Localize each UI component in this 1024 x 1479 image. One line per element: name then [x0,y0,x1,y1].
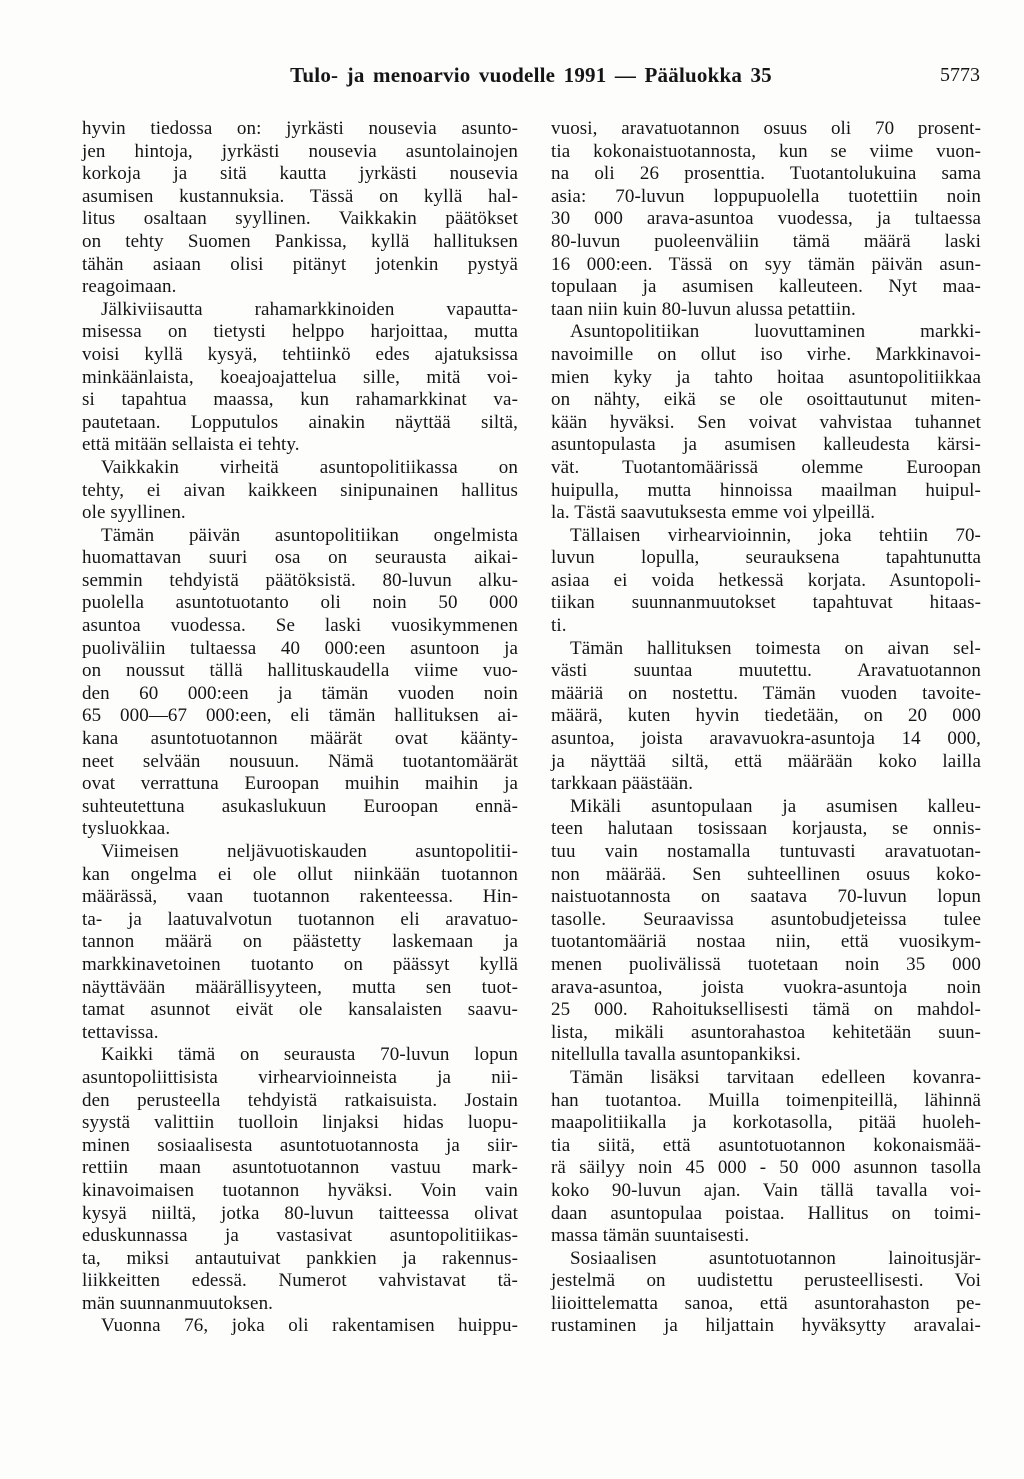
text-line: asuntoa, joista aravavuokra-asuntoja 14 … [551,728,981,751]
text-line: na oli 26 prosenttia. Tuotantolukuina sa… [551,163,981,186]
text-line: 16 000:een. Tässä on syy tämän päivän as… [551,254,981,277]
text-line: kysyä niiltä, jotka 80-luvun taitteessa … [82,1203,518,1226]
text-line: Asuntopolitiikan luovuttaminen markki- [551,321,981,344]
paragraph: Tämän lisäksi tarvitaan edelleen kovanra… [551,1067,981,1248]
text-line: määriä on nostettu. Tämän vuoden tavoite… [551,683,981,706]
text-line: asumisen kustannuksia. Tässä on kyllä ha… [82,186,518,209]
text-line: menen puolivälissä tuotetaan noin 35 000 [551,954,981,977]
text-line: semmin tehdyistä päätöksistä. 80-luvun a… [82,570,518,593]
text-line: kan ongelma ei ole ollut niinkään tuotan… [82,864,518,887]
text-line: den 60 000:een ja tämän vuoden noin [82,683,518,706]
text-line: liioittelematta sanoa, että asuntorahast… [551,1293,981,1316]
text-line: on noussut tällä hallituskaudella viime … [82,660,518,683]
text-line: on tehty Suomen Pankissa, kyllä hallituk… [82,231,518,254]
text-line: ti. [551,615,981,638]
text-line: Sosiaalisen asuntotuotannon lainoitusjär… [551,1248,981,1271]
text-line: luvun lopulla, seurauksena tapahtunutta [551,547,981,570]
text-line: Tämän päivän asuntopolitiikan ongelmista [82,525,518,548]
text-line: tähän asiaan olisi pitänyt jotenkin pyst… [82,254,518,277]
text-line: asia: 70-luvun loppupuolella tuotettiin … [551,186,981,209]
text-line: ta- ja laatuvalvotun tuotannon eli arava… [82,909,518,932]
paragraph: Jälkiviisautta rahamarkkinoiden vapautta… [82,299,518,457]
text-line: minen sosiaalisesta asuntotuotannosta ja… [82,1135,518,1158]
text-line: navoimille on ollut iso virhe. Markkinav… [551,344,981,367]
text-line: ta, miksi antautuivat pankkien ja rakenn… [82,1248,518,1271]
text-line: tia siitä, että asuntotuotannon kokonais… [551,1135,981,1158]
text-line: lista, mikäli asuntorahastoa kehitetään … [551,1022,981,1045]
paragraph: vuosi, aravatuotannon osuus oli 70 prose… [551,118,981,321]
running-header: Tulo- ja menoarvio vuodelle 1991 — Päälu… [82,63,980,93]
text-line: tasolle. Seuraavissa asuntobudjeteissa t… [551,909,981,932]
text-line: si tapahtua maassa, kun rahamarkkinat va… [82,389,518,412]
text-line: tuu vain nostamalla tuntuvasti aravatuot… [551,841,981,864]
text-line: tamat asunnot eivät ole kansalaisten saa… [82,999,518,1022]
text-line: maapolitiikalla ja korkotasolla, pitää h… [551,1112,981,1135]
text-line: jestelmä on uudistettu perusteellisesti.… [551,1270,981,1293]
text-line: massa tämän suuntaisesti. [551,1225,981,1248]
text-line: vuosi, aravatuotannon osuus oli 70 prose… [551,118,981,141]
text-line: 80-luvun puoleenväliin tämä määrä laski [551,231,981,254]
column-left: hyvin tiedossa on: jyrkästi nousevia asu… [82,118,518,1338]
text-line: korkoja ja sitä kautta jyrkästi nousevia [82,163,518,186]
text-line: hyvin tiedossa on: jyrkästi nousevia asu… [82,118,518,141]
text-line: den perusteella tehdyistä ratkaisuista. … [82,1090,518,1113]
text-line: litus osaltaan syyllinen. Vaikkakin päät… [82,208,518,231]
text-line: kana asuntotuotannon määrät ovat käänty- [82,728,518,751]
text-line: rettiin maan asuntotuotannon vastuu mark… [82,1157,518,1180]
text-line: tehty, ei aivan kaikkeen sinipunainen ha… [82,480,518,503]
text-line: määrässä, vaan tuotannon rakenteessa. Hi… [82,886,518,909]
text-line: vät. Tuotantomäärissä olemme Euroopan [551,457,981,480]
paragraph: Tällaisen virhearvioinnin, joka tehtiin … [551,525,981,638]
column-right: vuosi, aravatuotannon osuus oli 70 prose… [551,118,981,1338]
text-line: non määrää. Sen suhteellinen osuus koko- [551,864,981,887]
paragraph: Tämän päivän asuntopolitiikan ongelmista… [82,525,518,841]
text-line: ovat verrattuna Euroopan muihin maihin j… [82,773,518,796]
text-line: liikkeitten edessä. Numerot vahvistavat … [82,1270,518,1293]
text-line: Vaikkakin virheitä asuntopolitiikassa on [82,457,518,480]
text-line: Tämän lisäksi tarvitaan edelleen kovanra… [551,1067,981,1090]
text-line: pautetaan. Lopputulos ainakin näyttää si… [82,412,518,435]
text-line: tia kokonaistuotannosta, kun se viime vu… [551,141,981,164]
text-line: Vuonna 76, joka oli rakentamisen huippu- [82,1315,518,1338]
text-line: Mikäli asuntopulaan ja asumisen kalleu- [551,796,981,819]
text-columns: hyvin tiedossa on: jyrkästi nousevia asu… [82,118,981,1338]
text-line: västi suuntaa muutettu. Aravatuotannon [551,660,981,683]
text-line: taan niin kuin 80-luvun alussa petattiin… [551,299,981,322]
paragraph: Mikäli asuntopulaan ja asumisen kalleu-t… [551,796,981,1067]
text-line: asiaa ei voida hetkessä korjata. Asuntop… [551,570,981,593]
text-line: naistuotannosta on saatava 70-luvun lopu… [551,886,981,909]
text-line: Tällaisen virhearvioinnin, joka tehtiin … [551,525,981,548]
text-line: tysluokkaa. [82,818,518,841]
page-number: 5773 [940,64,980,87]
text-line: Tämän hallituksen toimesta on aivan sel- [551,638,981,661]
text-line: markkinavetoinen tuotanto on päässyt kyl… [82,954,518,977]
text-line: ole syyllinen. [82,502,518,525]
paragraph: Tämän hallituksen toimesta on aivan sel-… [551,638,981,796]
text-line: 25 000. Rahoituksellisesti tämä on mahdo… [551,999,981,1022]
text-line: tarkkaan päästään. [551,773,981,796]
text-line: tuotantomääriä nostaa niin, että vuosiky… [551,931,981,954]
text-line: män suunnanmuutoksen. [82,1293,518,1316]
text-line: asuntopoliittisista virhearvioinneista j… [82,1067,518,1090]
text-line: koko 90-luvun ajan. Vain tällä tavalla v… [551,1180,981,1203]
text-line: mien kyky ja tahto hoitaa asuntopolitiik… [551,367,981,390]
text-line: rä säilyy noin 45 000 - 50 000 asunnon t… [551,1157,981,1180]
running-header-title: Tulo- ja menoarvio vuodelle 1991 — Päälu… [82,63,980,88]
text-line: la. Tästä saavutuksesta emme voi ylpeill… [551,502,981,525]
text-line: suhteutettuna asukaslukuun Euroopan ennä… [82,796,518,819]
text-line: ja näyttää siltä, että määrään koko lail… [551,751,981,774]
text-line: nitellulla tavalla asuntopankiksi. [551,1044,981,1067]
text-line: Kaikki tämä on seurausta 70-luvun lopun [82,1044,518,1067]
text-line: kään hyväksi. Sen voivat vahvistaa tuhan… [551,412,981,435]
text-line: asuntopulasta ja asumisen kalleudesta kä… [551,434,981,457]
paragraph: Kaikki tämä on seurausta 70-luvun lopuna… [82,1044,518,1315]
text-line: reagoimaan. [82,276,518,299]
paragraph: Vuonna 76, joka oli rakentamisen huippu- [82,1315,518,1338]
paragraph: hyvin tiedossa on: jyrkästi nousevia asu… [82,118,518,299]
text-line: asuntoa vuodessa. Se laski vuosikymmenen [82,615,518,638]
text-line: Viimeisen neljävuotiskauden asuntopoliti… [82,841,518,864]
text-line: tiikan suunnanmuutokset tapahtuvat hitaa… [551,592,981,615]
text-line: minkäänlaista, koeajoajattelua sille, mi… [82,367,518,390]
text-line: Jälkiviisautta rahamarkkinoiden vapautta… [82,299,518,322]
text-line: teen halutaan tosissaan korjausta, se on… [551,818,981,841]
text-line: että mitään sellaista ei tehty. [82,434,518,457]
text-line: topulaan ja asumisen kalleuteen. Nyt maa… [551,276,981,299]
paragraph: Viimeisen neljävuotiskauden asuntopoliti… [82,841,518,1044]
text-line: rustaminen ja hiljattain hyväksytty arav… [551,1315,981,1338]
text-line: puolella asuntotuotanto oli noin 50 000 [82,592,518,615]
text-line: 65 000—67 000:een, eli tämän hallituksen… [82,705,518,728]
text-line: näyttävään määrällisyyteen, mutta sen tu… [82,977,518,1000]
text-line: neet selvään nousuun. Nämä tuotantomäärä… [82,751,518,774]
text-line: on nähty, eikä se ole osoittautunut mite… [551,389,981,412]
paragraph: Vaikkakin virheitä asuntopolitiikassa on… [82,457,518,525]
text-line: määrä, kuten hyvin tiedetään, on 20 000 [551,705,981,728]
text-line: huomattavan suuri osa on seurausta aikai… [82,547,518,570]
text-line: han tuotantoa. Muilla toimenpiteillä, lä… [551,1090,981,1113]
paragraph: Sosiaalisen asuntotuotannon lainoitusjär… [551,1248,981,1338]
text-line: 30 000 arava-asuntoa vuodessa, ja tultae… [551,208,981,231]
text-line: tannon määrä on päästetty laskemaan ja [82,931,518,954]
text-line: eduskunnassa ja vastasivat asuntopolitii… [82,1225,518,1248]
paragraph: Asuntopolitiikan luovuttaminen markki-na… [551,321,981,524]
text-line: syystä valittiin tuolloin linjaksi hidas… [82,1112,518,1135]
text-line: jen hintoja, jyrkästi nousevia asuntolai… [82,141,518,164]
document-page: Tulo- ja menoarvio vuodelle 1991 — Päälu… [0,0,1024,1479]
text-line: misessa on tietysti helppo harjoittaa, m… [82,321,518,344]
text-line: daan asuntopulaa poistaa. Hallitus on to… [551,1203,981,1226]
text-line: puoliväliin tultaessa 40 000:een asuntoo… [82,638,518,661]
text-line: tettavissa. [82,1022,518,1045]
text-line: kinavoimaisen tuotannon hyväksi. Voin va… [82,1180,518,1203]
text-line: voisi kyllä kysyä, tehtiinkö edes ajatuk… [82,344,518,367]
text-line: arava-asuntoa, joista vuokra-asuntoja no… [551,977,981,1000]
text-line: huipulla, mutta hinnoissa maailman huipu… [551,480,981,503]
